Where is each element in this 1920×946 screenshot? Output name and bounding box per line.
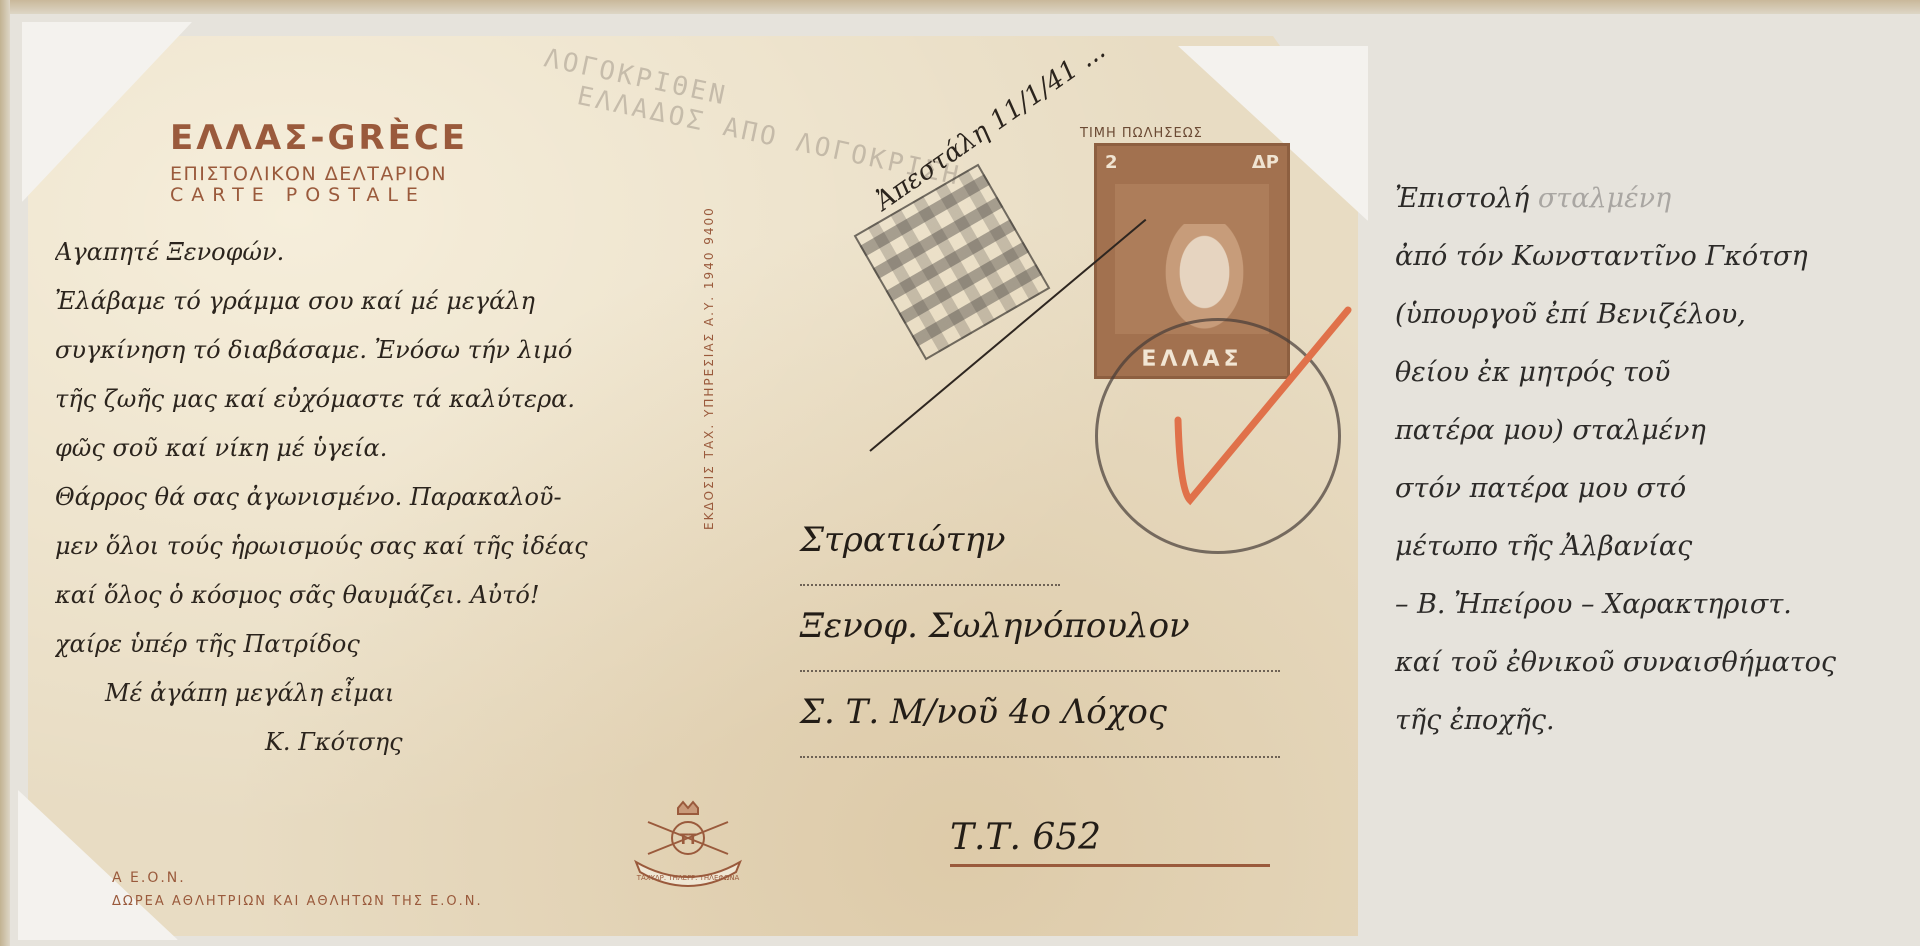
postcard-title: ΕΛΛΑΣ-GRÈCE (170, 118, 468, 158)
frame-top-edge (0, 0, 1920, 14)
message-signature: Κ. Γκότσης (55, 718, 745, 767)
message-line: Θάρρος θά σας ἀγωνισμένο. Παρακαλοῦ- (55, 473, 745, 522)
postcard-subtitle-french: CARTE POSTALE (170, 184, 426, 206)
postcard-subtitle-greek: ΕΠΙΣΤΟΛΙΚΟΝ ΔΕΛΤΑΡΙΟΝ (170, 163, 447, 185)
footer-org-line: Α Ε.Ο.Ν. (112, 870, 186, 886)
note-line: πατέρα μου) σταλμένη (1395, 402, 1915, 460)
note-line: στόν πατέρα μου στό (1395, 460, 1915, 518)
address-line: Ξενοφ. Σωληνόπουλον (800, 586, 1280, 672)
address-line: Στρατιώτην (800, 500, 1060, 586)
message-line: τῆς ζωῆς μας καί εὐχόμαστε τά καλύτερα. (55, 375, 745, 424)
note-line: καί τοῦ ἐθνικοῦ συναισθήματος (1395, 634, 1915, 692)
stamp-currency: ΔΡ (1252, 152, 1279, 173)
footer-org-line: ΔΩΡΕΑ ΑΘΛΗΤΡΙΩΝ ΚΑΙ ΑΘΛΗΤΩΝ ΤΗΣ Ε.Ο.Ν. (112, 894, 483, 909)
message-line: μεν ὅλοι τούς ἡρωισμούς σας καί τῆς ἰδέα… (55, 522, 745, 571)
stamp-value: 2 (1105, 152, 1118, 173)
message-line: καί ὅλος ὁ κόσμος σᾶς θαυμάζει. Αὐτό! (55, 571, 745, 620)
note-pencil-text: σταλμένη (1538, 183, 1671, 214)
note-line: μέτωπο τῆς Ἀλβανίας (1395, 518, 1915, 576)
handwritten-message: Αγαπητέ Ξενοφών. Ἐλάβαμε τό γράμμα σου κ… (55, 228, 745, 767)
svg-text:ΤΑΧΥΔΡ. ΤΗΛΕΓΡ. ΤΗΛΕΦΩΝΑ: ΤΑΧΥΔΡ. ΤΗΛΕΓΡ. ΤΗΛΕΦΩΝΑ (636, 874, 740, 882)
note-line: θείου ἐκ μητρός τοῦ (1395, 344, 1915, 402)
recipient-address: Στρατιώτην Ξενοφ. Σωληνόπουλον Σ. Τ. Μ/ν… (800, 500, 1280, 867)
address-line: Σ. Τ. Μ/νοῦ 4ο Λόχος (800, 672, 1280, 758)
eon-emblem-icon: ΤΤ ΤΑΧΥΔΡ. ΤΗΛΕΓΡ. ΤΗΛΕΦΩΝΑ (628, 800, 748, 890)
note-line: (ὑπουργοῦ ἐπί Βενιζέλου, (1395, 286, 1915, 344)
address-postal: Τ.Τ. 652 (950, 818, 1270, 867)
message-line: Μέ ἀγάπη μεγάλη εἶμαι (55, 669, 745, 718)
side-note: Ἐπιστολή σταλμένη ἀπό τόν Κωνσταντῖνο Γκ… (1395, 170, 1915, 750)
red-check-mark-icon (1168, 300, 1358, 510)
svg-text:ΤΤ: ΤΤ (678, 832, 698, 848)
frame-left-edge (0, 0, 10, 946)
note-line: τῆς ἐποχῆς. (1395, 692, 1915, 750)
message-line: Αγαπητέ Ξενοφών. (55, 228, 745, 277)
message-line: χαίρε ὑπέρ τῆς Πατρίδος (55, 620, 745, 669)
message-line: συγκίνηση τό διαβάσαμε. Ἐνόσω τήν λιμό (55, 326, 745, 375)
note-line: – Β. Ἠπείρου – Χαρακτηριστ. (1395, 576, 1915, 634)
note-text: Ἐπιστολή (1395, 183, 1529, 214)
message-line: φῶς σοῦ καί νίκη μέ ὑγεία. (55, 424, 745, 473)
message-line: Ἐλάβαμε τό γράμμα σου καί μέ μεγάλη (55, 277, 745, 326)
note-line: Ἐπιστολή σταλμένη (1395, 170, 1915, 228)
note-line: ἀπό τόν Κωνσταντῖνο Γκότση (1395, 228, 1915, 286)
stamp-price-label: ΤΙΜΗ ΠΩΛΗΣΕΩΣ (1080, 126, 1203, 141)
